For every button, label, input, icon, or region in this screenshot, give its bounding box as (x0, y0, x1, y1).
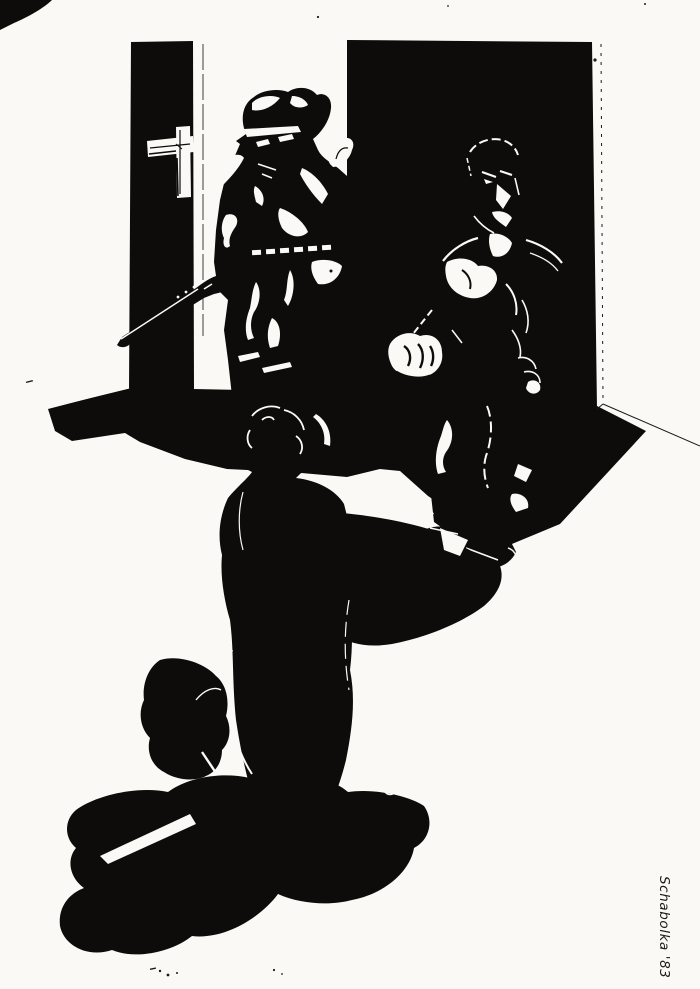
artist-signature: Schabolka '83 (656, 876, 672, 978)
ink-illustration: Schabolka '83 (0, 0, 700, 989)
illustration-page: Schabolka '83 (0, 0, 700, 989)
left-door-panel (129, 41, 194, 392)
doorway-darkness (347, 40, 597, 409)
